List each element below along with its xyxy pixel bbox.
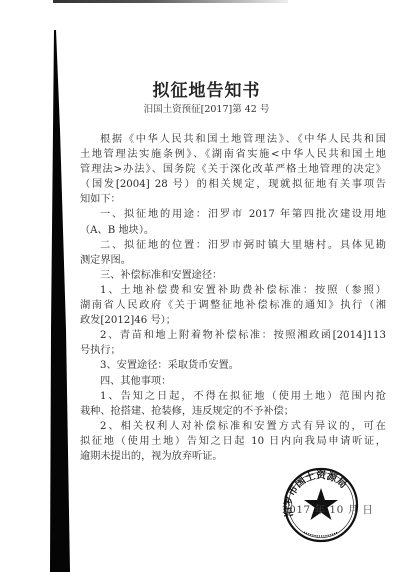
paragraph-line: 湖南省人民政府《关于调整征地补偿标准的通知》执行（湘 <box>80 298 386 313</box>
paragraph-line: （A、B 地块）。 <box>80 223 386 238</box>
paragraph-line: 2、青苗和地上附着物补偿标准：按照湘政函[2014]113 <box>80 328 386 343</box>
paragraph-line: 栽种、抢搭建、抢装修，违反规定的不予补偿； <box>80 404 386 419</box>
paragraph-line: （国发[2004] 28 号）的相关规定，现就拟征地有关事项告 <box>80 177 386 192</box>
document-title: 拟征地告知书 <box>0 76 413 101</box>
paragraph-line: 2、相关权利人对补偿标准和安置方式有异议的，可在 <box>80 419 386 434</box>
paragraph-line: 一、拟征地的用途：汨罗市 2017 年第四批次建设用地 <box>80 207 386 222</box>
paragraph-line: 政发[2012]46 号）； <box>80 313 386 328</box>
paragraph-line: 号执行； <box>80 343 386 358</box>
paragraph-line: 土地管理法实施条例》、《湖南省实施<中华人民共和国土地 <box>80 147 386 162</box>
paragraph-line: 测定界图。 <box>80 253 386 268</box>
paragraph-line: 三、补偿标准和安置途径： <box>80 268 386 283</box>
paragraph-line: 1、土地补偿费和安置补助费补偿标准：按照（参照） <box>80 283 386 298</box>
paragraph-line: 逾期未提出的，视为放弃听证。 <box>80 449 386 464</box>
paragraph-line: 知如下： <box>80 192 386 207</box>
document-body: 根据《中华人民共和国土地管理法》、《中华人民共和国土地管理法实施条例》、《湖南省… <box>80 132 386 464</box>
paragraph-line: 四、其他事项： <box>80 374 386 389</box>
paragraph-line: 1、告知之日起，不得在拟征地（使用土地）范围内抢 <box>80 389 386 404</box>
paragraph-line: 管理法>办法》、国务院《关于深化改革严格土地管理的决定》 <box>80 162 386 177</box>
scan-edge-artifact <box>53 0 288 3</box>
paragraph-line: 拟征地（使用土地）告知之日起 10 日内向我局申请听证， <box>80 434 386 449</box>
paragraph-line: 根据《中华人民共和国土地管理法》、《中华人民共和国 <box>80 132 386 147</box>
paragraph-line: 二、拟征地的位置：汨罗市弼时镇大里塘村。具体见勘 <box>80 238 386 253</box>
document-number: 汨国土资预征[2017]第 42 号 <box>0 101 413 115</box>
issue-date: 2017 年 10 月 日 <box>282 502 373 517</box>
paragraph-line: 3、安置途径：采取货币安置。 <box>80 358 386 373</box>
